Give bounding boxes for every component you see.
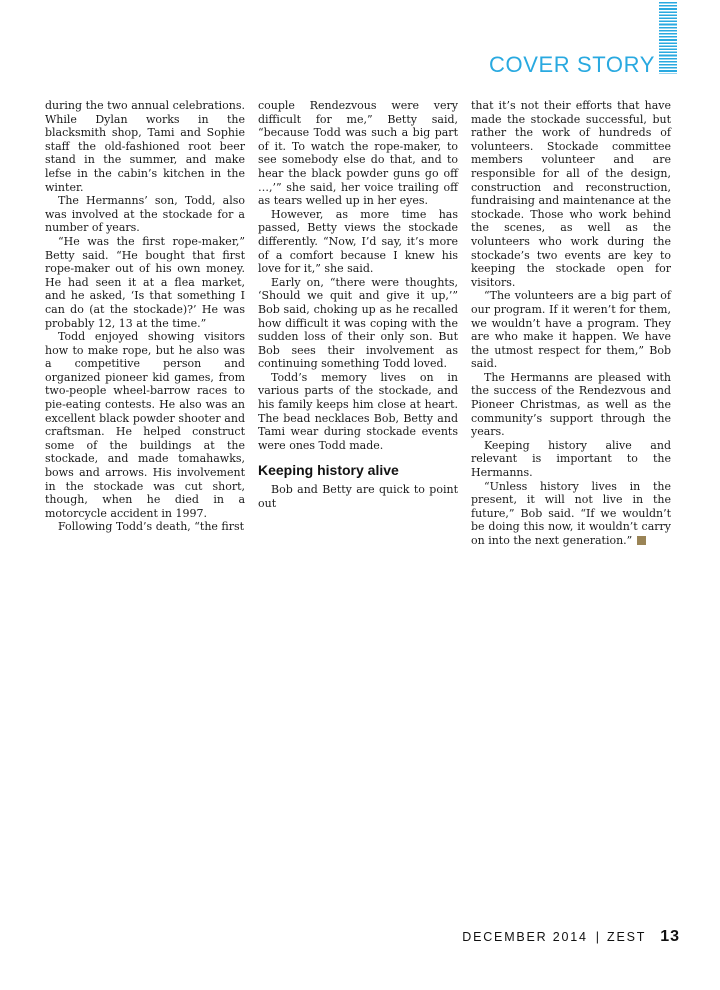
paragraph: “Unless history lives in the present, it… xyxy=(471,480,671,548)
article-end-mark xyxy=(637,536,646,545)
footer-separator: | xyxy=(596,930,599,944)
paragraph: The Hermanns’ son, Todd, also was involv… xyxy=(45,194,245,235)
paragraph: Keeping history alive and relevant is im… xyxy=(471,439,671,480)
magazine-page: COVER STORY during the two annual celebr… xyxy=(0,0,720,990)
stripes-icon xyxy=(659,2,677,74)
paragraph: Todd’s memory lives on in various parts … xyxy=(258,371,458,453)
column-3: that it’s not their efforts that have ma… xyxy=(471,99,671,548)
footer-issue-date: DECEMBER 2014 xyxy=(462,930,588,944)
section-title: COVER STORY xyxy=(489,54,655,76)
column-2: couple Rendezvous were very difficult fo… xyxy=(258,99,458,548)
footer-page-number: 13 xyxy=(660,928,680,946)
footer-magazine-name: ZEST xyxy=(607,930,646,944)
page-footer: DECEMBER 2014 | ZEST 13 xyxy=(462,928,680,946)
paragraph: “He was the first rope-maker,” Betty sai… xyxy=(45,235,245,330)
paragraph: during the two annual celebrations. Whil… xyxy=(45,99,245,194)
paragraph: “The volunteers are a big part of our pr… xyxy=(471,289,671,371)
article-body: during the two annual celebrations. Whil… xyxy=(45,99,671,548)
paragraph: that it’s not their efforts that have ma… xyxy=(471,99,671,289)
paragraph: Bob and Betty are quick to point out xyxy=(258,483,458,510)
column-1: during the two annual celebrations. Whil… xyxy=(45,99,245,548)
paragraph: The Hermanns are pleased with the succes… xyxy=(471,371,671,439)
paragraph: However, as more time has passed, Betty … xyxy=(258,208,458,276)
paragraph: Early on, “there were thoughts, ‘Should … xyxy=(258,276,458,371)
paragraph: Todd enjoyed showing visitors how to mak… xyxy=(45,330,245,520)
paragraph: couple Rendezvous were very difficult fo… xyxy=(258,99,458,208)
section-subhead: Keeping history alive xyxy=(258,462,458,478)
paragraph: Following Todd’s death, “the first xyxy=(45,520,245,534)
